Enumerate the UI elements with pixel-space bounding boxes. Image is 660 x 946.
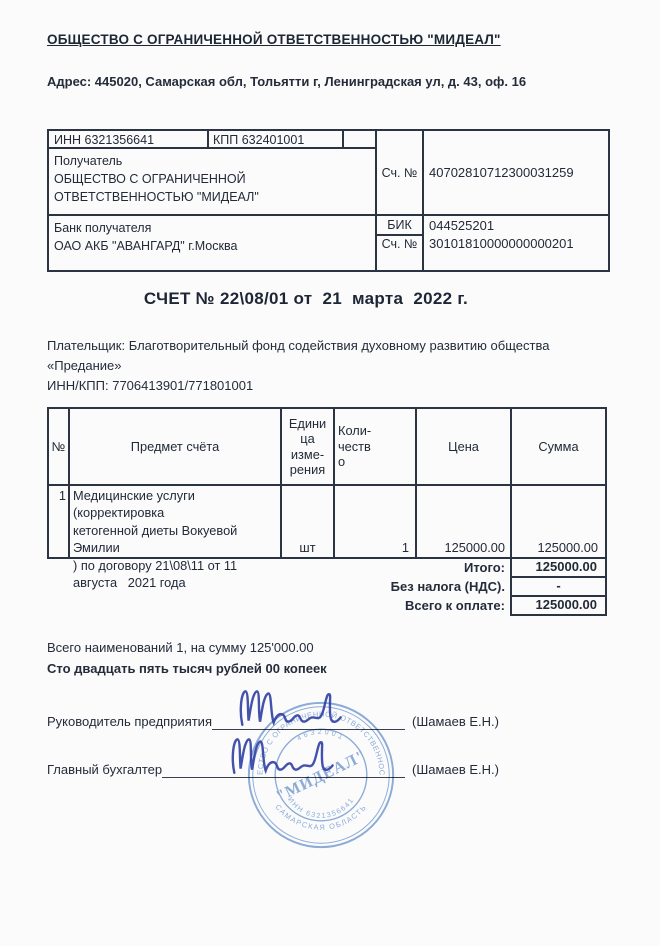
- svg-text:ИНН 6321356641: ИНН 6321356641: [286, 795, 356, 820]
- account-label: Сч. №: [377, 131, 422, 214]
- corr-account-label: Сч. №: [377, 236, 422, 253]
- bank-name: ОАО АКБ "АВАНГАРД" г.Москва: [54, 237, 237, 255]
- director-name: (Шамаев Е.Н.): [412, 714, 499, 730]
- stamp-inn-text: ИНН 6321356641: [286, 795, 356, 820]
- col-header-subject: Предмет счёта: [70, 409, 280, 484]
- recipient-label: Получатель: [54, 152, 122, 170]
- payer-block: Плательщик: Благотворительный фонд содей…: [47, 336, 610, 396]
- item-row-price: 125000.00: [417, 486, 505, 555]
- invoice-title: СЧЕТ № 22\08/01 от 21 марта 2022 г.: [47, 289, 610, 309]
- item-row-amount: 125000.00: [512, 486, 598, 555]
- col-header-amount: Сумма: [512, 409, 605, 484]
- corr-account-number: 30101810000000000201: [429, 235, 574, 252]
- stamp-ring-bottom-text: САМАРСКАЯ ОБЛАСТЬ: [273, 802, 368, 831]
- payer-inn-kpp: ИНН/КПП: 7706413901/771801001: [47, 376, 610, 396]
- col-header-unit: Едини ца изме- рения: [282, 409, 333, 484]
- recipient-name: ОБЩЕСТВО С ОГРАНИЧЕННОЙ ОТВЕТСТВЕННОСТЬЮ…: [54, 170, 259, 206]
- director-signature-row: Руководитель предприятия (Шамаев Е.Н.): [47, 703, 610, 730]
- bik-value: 044525201: [429, 217, 494, 234]
- summary-block: Всего наименований 1, на сумму 125'000.0…: [47, 637, 610, 679]
- svg-text:САМАРСКАЯ ОБЛАСТЬ: САМАРСКАЯ ОБЛАСТЬ: [273, 802, 368, 831]
- signature-section: ОБЩЕСТВО С ОГРАНИЧЕННОЙ ОТВЕТСТВЕННОСТЬЮ…: [47, 703, 610, 946]
- items-table: № Предмет счёта Едини ца изме- рения Кол…: [47, 407, 607, 559]
- bik-label: БИК: [377, 217, 422, 234]
- inn-cell: ИНН 6321356641: [54, 132, 154, 148]
- kpp-cell: КПП 632401001: [213, 132, 304, 148]
- item-row-unit: шт: [282, 486, 333, 555]
- col-header-num: №: [49, 409, 68, 484]
- accountant-label: Главный бухгалтер: [47, 762, 162, 778]
- signature-line: [212, 729, 405, 730]
- bank-details-table: ИНН 6321356641 КПП 632401001 Получатель …: [47, 129, 610, 272]
- payer-name: Плательщик: Благотворительный фонд содей…: [47, 336, 610, 376]
- summary-count-line: Всего наименований 1, на сумму 125'000.0…: [47, 637, 610, 658]
- stamp-ogrn-digits: 4632001: [296, 729, 346, 742]
- account-number: 40702810712300031259: [424, 131, 608, 214]
- totals-row-to-pay: Всего к оплате: 125000.00: [47, 597, 607, 616]
- accountant-name: (Шамаев Е.Н.): [412, 762, 499, 778]
- divider: [207, 131, 209, 147]
- total-label: Всего к оплате:: [47, 597, 510, 616]
- accountant-signature-row: Главный бухгалтер (Шамаев Е.Н.): [47, 751, 610, 778]
- company-address: Адрес: 445020, Самарская обл, Тольятти г…: [47, 74, 610, 89]
- col-header-price: Цена: [417, 409, 510, 484]
- total-value: 125000.00: [510, 595, 607, 616]
- bank-label: Банк получателя: [54, 219, 151, 237]
- company-title: ОБЩЕСТВО С ОГРАНИЧЕННОЙ ОТВЕТСТВЕННОСТЬЮ…: [47, 32, 610, 47]
- signature-line: [162, 777, 405, 778]
- item-row-num: 1: [49, 488, 66, 503]
- item-row-qty: 1: [335, 486, 409, 555]
- total-value: -: [510, 576, 607, 597]
- director-label: Руководитель предприятия: [47, 714, 212, 730]
- item-row-subject: Медицинские услуги (корректировка кетоге…: [73, 487, 279, 591]
- svg-text:4632001: 4632001: [296, 729, 346, 742]
- divider: [342, 131, 344, 147]
- col-header-qty: Коли- честв о: [335, 409, 415, 484]
- amount-in-words: Сто двадцать пять тысяч рублей 00 копеек: [47, 658, 610, 679]
- divider: [49, 214, 608, 216]
- total-value: 125000.00: [510, 557, 607, 578]
